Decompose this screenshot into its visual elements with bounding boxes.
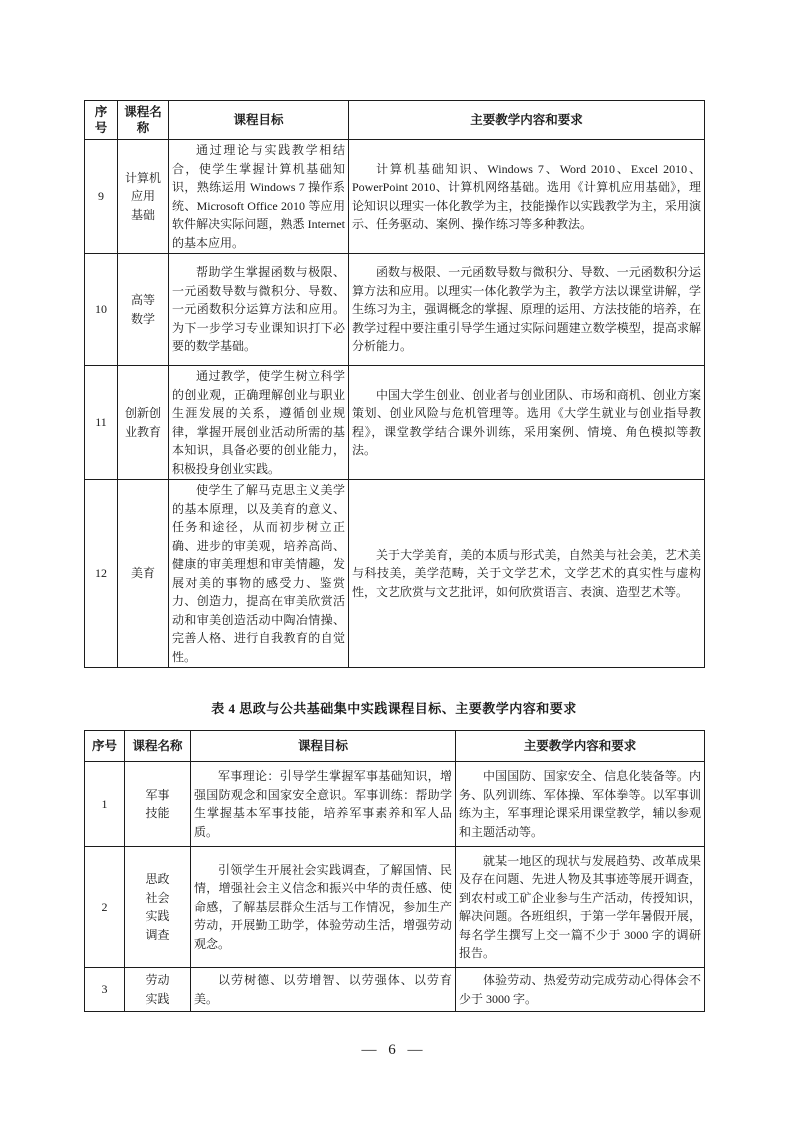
page-number: — 6 — xyxy=(84,1042,704,1059)
content-cell: 函数与极限、一元函数导数与微积分、导数、一元函数积分运算方法和应用。以理实一体化… xyxy=(349,254,705,366)
objective-cell: 帮助学生掌握函数与极限、一元函数导数与微积分、导数、一元函数积分运算方法和应用。… xyxy=(169,254,349,366)
content-cell: 计算机基础知识、Windows 7、Word 2010、Excel 2010、P… xyxy=(349,140,705,254)
course-name-cell: 创新创 业教育 xyxy=(118,366,169,480)
table-practice-courses: 序号 课程名称 课程目标 主要教学内容和要求 1 军事 技能 军事理论：引导学生… xyxy=(84,730,705,1012)
table-row: 1 军事 技能 军事理论：引导学生掌握军事基础知识，增强国防观念和国家安全意识。… xyxy=(85,762,705,847)
table-header-row: 序号 课程名称 课程目标 主要教学内容和要求 xyxy=(85,731,705,762)
objective-cell: 通过理论与实践教学相结合，使学生掌握计算机基础知识，熟练运用 Windows 7… xyxy=(169,140,349,254)
document-page: 序 号 课程名称 课程目标 主要教学内容和要求 9 计算机 应用 基础 通过理论… xyxy=(0,0,793,1122)
course-name-cell: 计算机 应用 基础 xyxy=(118,140,169,254)
course-name-cell: 美育 xyxy=(118,480,169,668)
seq-cell: 1 xyxy=(85,762,125,847)
table-row: 2 思政 社会 实践 调查 引领学生开展社会实践调查，了解国情、民情，增强社会主… xyxy=(85,847,705,968)
course-name-cell: 军事 技能 xyxy=(125,762,191,847)
objective-cell: 使学生了解马克思主义美学的基本原理，以及美育的意义、任务和途径，从而初步树立正确… xyxy=(169,480,349,668)
header-seq: 序号 xyxy=(85,731,125,762)
seq-cell: 2 xyxy=(85,847,125,968)
content-cell: 中国国防、国家安全、信息化装备等。内务、队列训练、军体操、军体拳等。以军事训练为… xyxy=(456,762,705,847)
table-row: 10 高等 数学 帮助学生掌握函数与极限、一元函数导数与微积分、导数、一元函数积… xyxy=(85,254,705,366)
header-content: 主要教学内容和要求 xyxy=(456,731,705,762)
objective-cell: 军事理论：引导学生掌握军事基础知识，增强国防观念和国家安全意识。军事训练：帮助学… xyxy=(191,762,456,847)
header-course-name: 课程名称 xyxy=(118,101,169,140)
seq-cell: 9 xyxy=(85,140,118,254)
seq-cell: 10 xyxy=(85,254,118,366)
course-name-cell: 劳动 实践 xyxy=(125,968,191,1012)
table-row: 9 计算机 应用 基础 通过理论与实践教学相结合，使学生掌握计算机基础知识，熟练… xyxy=(85,140,705,254)
table-general-courses-continued: 序 号 课程名称 课程目标 主要教学内容和要求 9 计算机 应用 基础 通过理论… xyxy=(84,100,705,668)
objective-cell: 通过教学，使学生树立科学的创业观，正确理解创业与职业生涯发展的关系，遵循创业规律… xyxy=(169,366,349,480)
seq-cell: 11 xyxy=(85,366,118,480)
course-name-cell: 思政 社会 实践 调查 xyxy=(125,847,191,968)
table-row: 11 创新创 业教育 通过教学，使学生树立科学的创业观，正确理解创业与职业生涯发… xyxy=(85,366,705,480)
page-content: 序 号 课程名称 课程目标 主要教学内容和要求 9 计算机 应用 基础 通过理论… xyxy=(84,100,704,1012)
table-row: 3 劳动 实践 以劳树德、以劳增智、以劳强体、以劳育美。 体验劳动、热爱劳动完成… xyxy=(85,968,705,1012)
header-content: 主要教学内容和要求 xyxy=(349,101,705,140)
objective-cell: 引领学生开展社会实践调查，了解国情、民情，增强社会主义信念和振兴中华的责任感、使… xyxy=(191,847,456,968)
header-objective: 课程目标 xyxy=(169,101,349,140)
course-name-cell: 高等 数学 xyxy=(118,254,169,366)
content-cell: 中国大学生创业、创业者与创业团队、市场和商机、创业方案策划、创业风险与危机管理等… xyxy=(349,366,705,480)
header-objective: 课程目标 xyxy=(191,731,456,762)
content-cell: 关于大学美育，美的本质与形式美，自然美与社会美，艺术美与科技美，美学范畴，关于文… xyxy=(349,480,705,668)
seq-cell: 12 xyxy=(85,480,118,668)
table4-caption: 表 4 思政与公共基础集中实践课程目标、主要教学内容和要求 xyxy=(84,698,704,717)
table-header-row: 序 号 课程名称 课程目标 主要教学内容和要求 xyxy=(85,101,705,140)
content-cell: 体验劳动、热爱劳动完成劳动心得体会不少于 3000 字。 xyxy=(456,968,705,1012)
header-course-name: 课程名称 xyxy=(125,731,191,762)
objective-cell: 以劳树德、以劳增智、以劳强体、以劳育美。 xyxy=(191,968,456,1012)
content-cell: 就某一地区的现状与发展趋势、改革成果及存在问题、先进人物及其事迹等展开调查，到农… xyxy=(456,847,705,968)
header-seq: 序 号 xyxy=(85,101,118,140)
seq-cell: 3 xyxy=(85,968,125,1012)
table-row: 12 美育 使学生了解马克思主义美学的基本原理，以及美育的意义、任务和途径，从而… xyxy=(85,480,705,668)
